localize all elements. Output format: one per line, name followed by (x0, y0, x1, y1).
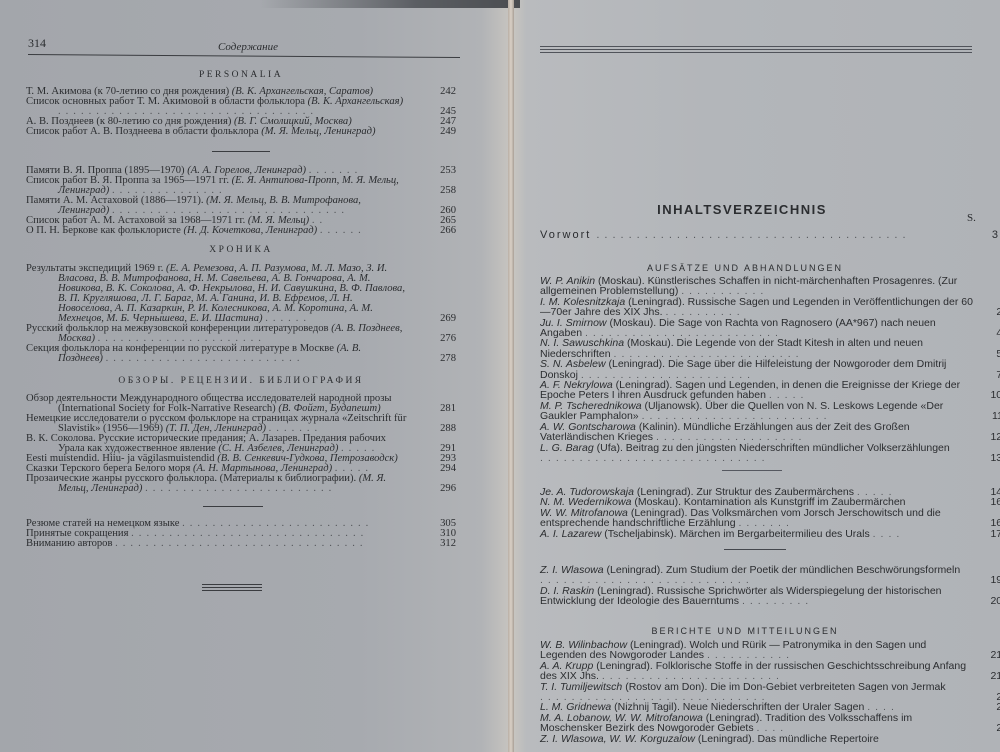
section-berichte: BERICHTE UND MITTEILUNGEN W. B. Wilinbac… (540, 626, 1000, 744)
section-heading: PERSONALIA (26, 70, 456, 80)
toc-entry: Z. I. Wlasowa, W. W. Korguzalow (Leningr… (540, 734, 1000, 744)
toc-entry: N. I. Sawuschkina (Moskau). Die Legende … (540, 338, 1000, 359)
toc-entry: Список основных работ Т. М. Акимовой в о… (26, 97, 456, 117)
toc-entry: W. P. Anikin (Moskau). Künstlerisches Sc… (540, 276, 1000, 297)
toc-entry: W. B. Wilinbachow (Leningrad). Wolch und… (540, 640, 1000, 661)
page-ref: 253 (426, 166, 456, 176)
right-page: INHALTSVERZEICHNIS S. Vorwort ..........… (512, 0, 1000, 752)
page-ref: 242 (426, 87, 456, 97)
book-gutter (508, 0, 514, 752)
section-chronicle: ХРОНИКА Результаты экспедиций 1969 г. (Е… (26, 245, 456, 364)
toc-entry: Прозаические жанры русского фольклора. (… (26, 474, 456, 494)
page-number: 314 (28, 36, 46, 51)
running-head: 314 Содержание (28, 36, 460, 54)
end-ornament-rule (202, 584, 262, 593)
section-aufsaetze: AUFSÄTZE UND ABHANDLUNGEN W. P. Anikin (… (540, 263, 1000, 463)
divider (203, 506, 263, 507)
page-ref: 288 (426, 424, 456, 434)
toc-entry: Список работ А. В. Позднеева в области ф… (26, 127, 456, 137)
header-triple-rule (540, 46, 972, 55)
divider (724, 549, 786, 550)
page-shadow (260, 0, 520, 8)
section-appendix: Резюме статей на немецком языке ........… (26, 519, 456, 549)
contents-title: INHALTSVERZEICHNIS (582, 202, 902, 217)
toc-entry-vorwort: Vorwort ................................… (540, 229, 992, 241)
section-heading: ХРОНИКА (26, 245, 456, 255)
section-personalia: PERSONALIA Т. М. Акимова (к 70-летию со … (26, 70, 456, 137)
left-page: 314 Содержание PERSONALIA Т. М. Акимова … (0, 0, 512, 752)
toc-entry: I. M. Kolesnitzkaja (Leningrad). Russisc… (540, 297, 1000, 318)
section-heading: AUFSÄTZE UND ABHANDLUNGEN (540, 263, 950, 273)
toc-entry: Памяти А. М. Астаховой (1886—1971). (М. … (26, 196, 456, 216)
divider (212, 151, 270, 152)
toc-entry: В. К. Соколова. Русские исторические пре… (26, 434, 456, 454)
page-ref: 269 (426, 314, 456, 324)
toc-entry: Список работ В. Я. Проппа за 1965—1971 г… (26, 176, 456, 196)
toc-entry: Ju. I. Smirnow (Moskau). Die Sage von Ra… (540, 318, 1000, 339)
section-heading: BERICHTE UND MITTEILUNGEN (540, 626, 950, 636)
toc-entry: W. W. Mitrofanowa (Leningrad). Das Volks… (540, 508, 1000, 529)
page-ref: 294 (426, 464, 456, 474)
toc-entry: Результаты экспедиций 1969 г. (Е. А. Рем… (26, 264, 456, 324)
section-memorial: Памяти В. Я. Проппа (1895—1970) (А. А. Г… (26, 166, 456, 236)
toc-entry: A. I. Lazarew (Tscheljabinsk). Märchen i… (540, 529, 1000, 539)
page-column-label: S. (967, 212, 976, 224)
section-maerchen: Je. A. Tudorowskaja (Leningrad). Zur Str… (540, 487, 1000, 539)
toc-entry: A. A. Krupp (Leningrad). Folklorische St… (540, 661, 1000, 682)
toc-entry: Обзор деятельности Международного общест… (26, 394, 456, 414)
page-ref: 281 (426, 404, 456, 414)
toc-entry: Z. I. Wlasowa (Leningrad). Zum Studium d… (540, 565, 1000, 586)
running-title: Содержание (218, 41, 278, 53)
page-ref: 266 (426, 226, 456, 236)
section-heading: ОБЗОРЫ. РЕЦЕНЗИИ. БИБЛИОГРАФИЯ (26, 376, 456, 386)
toc-entry: D. I. Raskin (Leningrad). Russische Spri… (540, 586, 1000, 607)
toc-entry: A. W. Gontscharowa (Kalinin). Mündliche … (540, 422, 1000, 443)
toc-entry: Русский фольклор на межвузовской конфере… (26, 324, 456, 344)
page-ref: 276 (426, 334, 456, 344)
toc-entry: Вниманию авторов .......................… (26, 539, 456, 549)
page-ref: 312 (426, 539, 456, 549)
toc-entry: M. A. Lobanow, W. W. Mitrofanowa (Lening… (540, 713, 1000, 734)
header-rule (28, 54, 460, 58)
page-ref: 258 (426, 186, 456, 196)
toc-entry: T. I. Tumiljewitsch (Rostov am Don). Die… (540, 682, 1000, 703)
toc-entry: Немецкие исследователи о русском фолькло… (26, 414, 456, 434)
toc-entry: L. G. Barag (Ufa). Beitrag zu den jüngst… (540, 443, 1000, 464)
toc-entry: A. F. Nekrylowa (Leningrad). Sagen und L… (540, 380, 1000, 401)
section-reviews: ОБЗОРЫ. РЕЦЕНЗИИ. БИБЛИОГРАФИЯ Обзор дея… (26, 376, 456, 494)
toc-entry: M. P. Tscherednikowa (Uljanowsk). Über d… (540, 401, 1000, 422)
divider (722, 470, 782, 471)
page-ref: 296 (426, 484, 456, 494)
toc-entry: S. N. Asbelew (Leningrad). Die Sage über… (540, 359, 1000, 380)
page-ref: 278 (426, 354, 456, 364)
toc-entry: О П. Н. Беркове как фольклористе (Н. Д. … (26, 226, 456, 236)
page-ref: 249 (426, 127, 456, 137)
toc-entry: Секция фольклора на конференции по русск… (26, 344, 456, 364)
page-ref: 3 (992, 229, 998, 241)
section-poetik: Z. I. Wlasowa (Leningrad). Zum Studium d… (540, 565, 1000, 607)
